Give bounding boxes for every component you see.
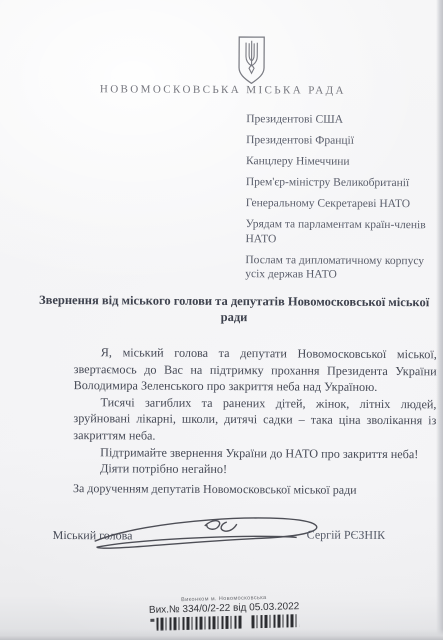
paragraph: Я, міський голова та депутати Новомосков…: [74, 344, 437, 396]
organization-name: НОВОМОСКОВСЬКА МІСЬКА РАДА: [1, 83, 443, 98]
paper-bottom-edge-shadow: [0, 629, 443, 640]
recipient-item: Урядам та парламентам країн-членів НАТО: [245, 217, 441, 247]
letter-page: НОВОМОСКОВСЬКА МІСЬКА РАДА Президентові …: [0, 0, 443, 640]
recipient-item: Канцлеру Німеччини: [246, 154, 442, 170]
signatory-name: Сергій РЄЗНІК: [307, 528, 386, 543]
recipients-list: Президентові США Президентові Франції Ка…: [245, 112, 442, 289]
recipient-item: Президентові США: [246, 112, 442, 128]
letter-title: Звернення від міського голови та депутат…: [38, 292, 430, 326]
registration-stamp: Виконком м. Новомосковська Вих.№ 334/0/2…: [146, 594, 303, 631]
paper-right-edge-shadow: [436, 0, 443, 640]
letter-body: Я, міський голова та депутати Новомосков…: [73, 344, 437, 479]
recipient-item: Президентові Франції: [246, 133, 442, 149]
ukraine-trident-emblem-icon: [228, 35, 274, 85]
paragraph: Тисячі загиблих та ранених дітей, жінок,…: [73, 394, 436, 446]
recipient-item: Генеральному Секретареві НАТО: [246, 196, 442, 212]
barcode-prefix-mark: [150, 619, 154, 622]
recipient-item: Послам та дипломатичному корпусу усіх де…: [245, 253, 441, 283]
barcode-bars: [251, 614, 299, 628]
barcode-gap: [242, 615, 251, 628]
closing-line: За дорученням депутатів Новомосковської …: [73, 481, 433, 498]
recipient-item: Прем'єр-міністру Великобританії: [246, 175, 442, 191]
paragraph: Діяти потрібно негайно!: [73, 460, 436, 479]
letter-photo: НОВОМОСКОВСЬКА МІСЬКА РАДА Президентові …: [0, 0, 443, 640]
handwritten-signature-icon: [87, 507, 327, 560]
